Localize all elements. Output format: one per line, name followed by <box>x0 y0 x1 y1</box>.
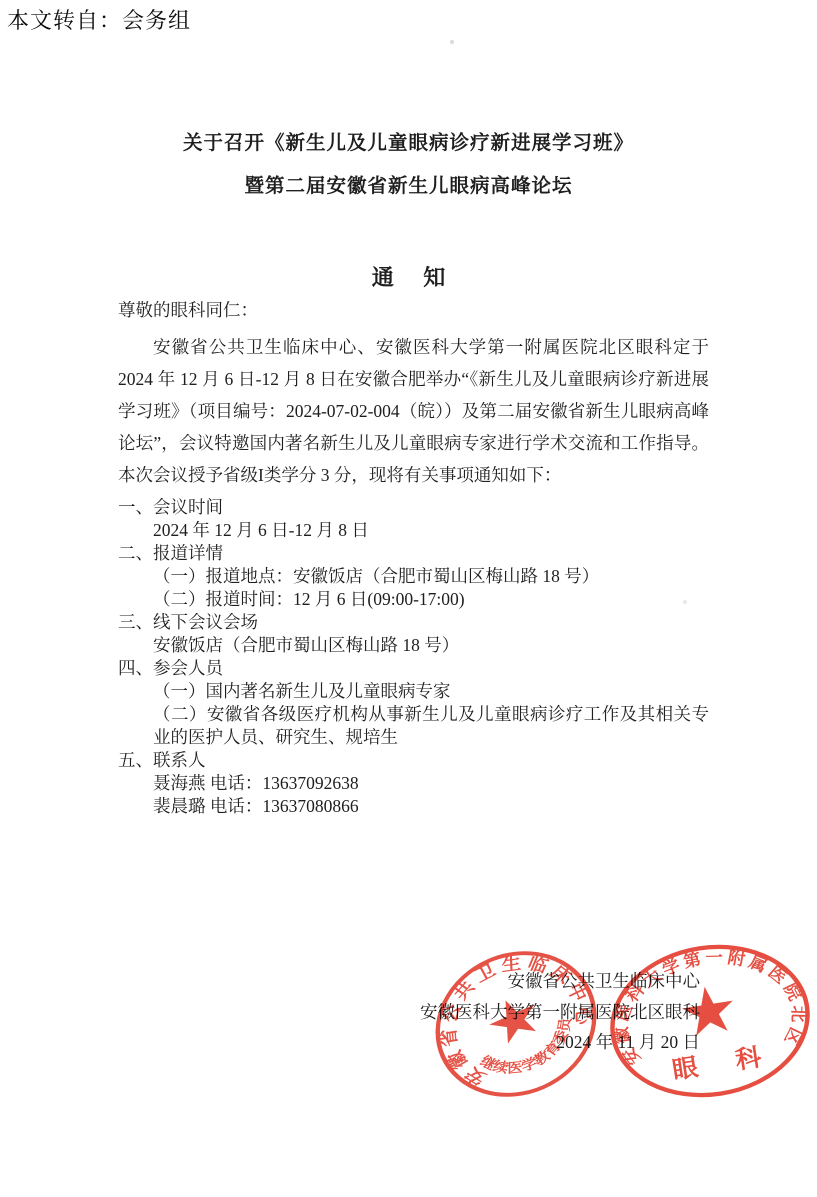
scan-speck <box>683 600 687 604</box>
salutation: 尊敬的眼科同仁： <box>118 299 709 322</box>
section-2-heading: 二、报道详情 <box>118 542 709 565</box>
section-3-line-1: 安徽饭店（合肥市蜀山区梅山路 18 号） <box>118 634 709 657</box>
star-icon <box>679 983 737 1037</box>
scan-speck <box>450 40 454 44</box>
source-note: 本文转自：会务组 <box>7 4 191 35</box>
official-stamp-left: 安徽省公共卫生临床中心 继续医学教育委员会 <box>407 921 624 1126</box>
notice-heading: 通 知 <box>0 261 817 292</box>
star-icon <box>483 990 545 1047</box>
svg-text:继续医学教育委员会: 继续医学教育委员会 <box>407 921 589 1109</box>
document-body: 尊敬的眼科同仁： 安徽省公共卫生临床中心、安徽医科大学第一附属医院北区眼科定于 … <box>118 299 709 818</box>
stamp-left-bottom-text: 继续医学教育委员会 <box>407 921 589 1109</box>
section-5-heading: 五、联系人 <box>118 749 709 772</box>
section-4-line-1: （一）国内著名新生儿及儿童眼病专家 <box>118 680 709 703</box>
section-2-line-1: （一）报道地点：安徽饭店（合肥市蜀山区梅山路 18 号） <box>118 565 709 588</box>
section-1-line-1: 2024 年 12 月 6 日-12 月 8 日 <box>118 519 709 542</box>
section-3-heading: 三、线下会议会场 <box>118 611 709 634</box>
title-line-2: 暨第二届安徽省新生儿眼病高峰论坛 <box>0 176 817 198</box>
intro-paragraph: 安徽省公共卫生临床中心、安徽医科大学第一附属医院北区眼科定于 2024 年 12… <box>118 331 709 491</box>
section-1-heading: 一、会议时间 <box>118 496 709 519</box>
title-line-1: 关于召开《新生儿及儿童眼病诊疗新进展学习班》 <box>0 133 817 155</box>
section-2-line-2: （二）报道时间：12 月 6 日(09:00-17:00) <box>118 588 709 611</box>
document-title: 关于召开《新生儿及儿童眼病诊疗新进展学习班》 暨第二届安徽省新生儿眼病高峰论坛 <box>0 133 817 198</box>
contact-2: 裴晨璐 电话：13637080866 <box>118 795 709 818</box>
contact-1: 聂海燕 电话：13637092638 <box>118 772 709 795</box>
section-4-line-2: （二）安徽省各级医疗机构从事新生儿及儿童眼病诊疗工作及其相关专业的医护人员、研究… <box>118 703 709 749</box>
document-page: 本文转自：会务组 关于召开《新生儿及儿童眼病诊疗新进展学习班》 暨第二届安徽省新… <box>0 0 817 1197</box>
section-4-heading: 四、参会人员 <box>118 657 709 680</box>
official-stamp-right: 安徽医科大学第一附属医院北区 眼 科 <box>594 925 817 1118</box>
